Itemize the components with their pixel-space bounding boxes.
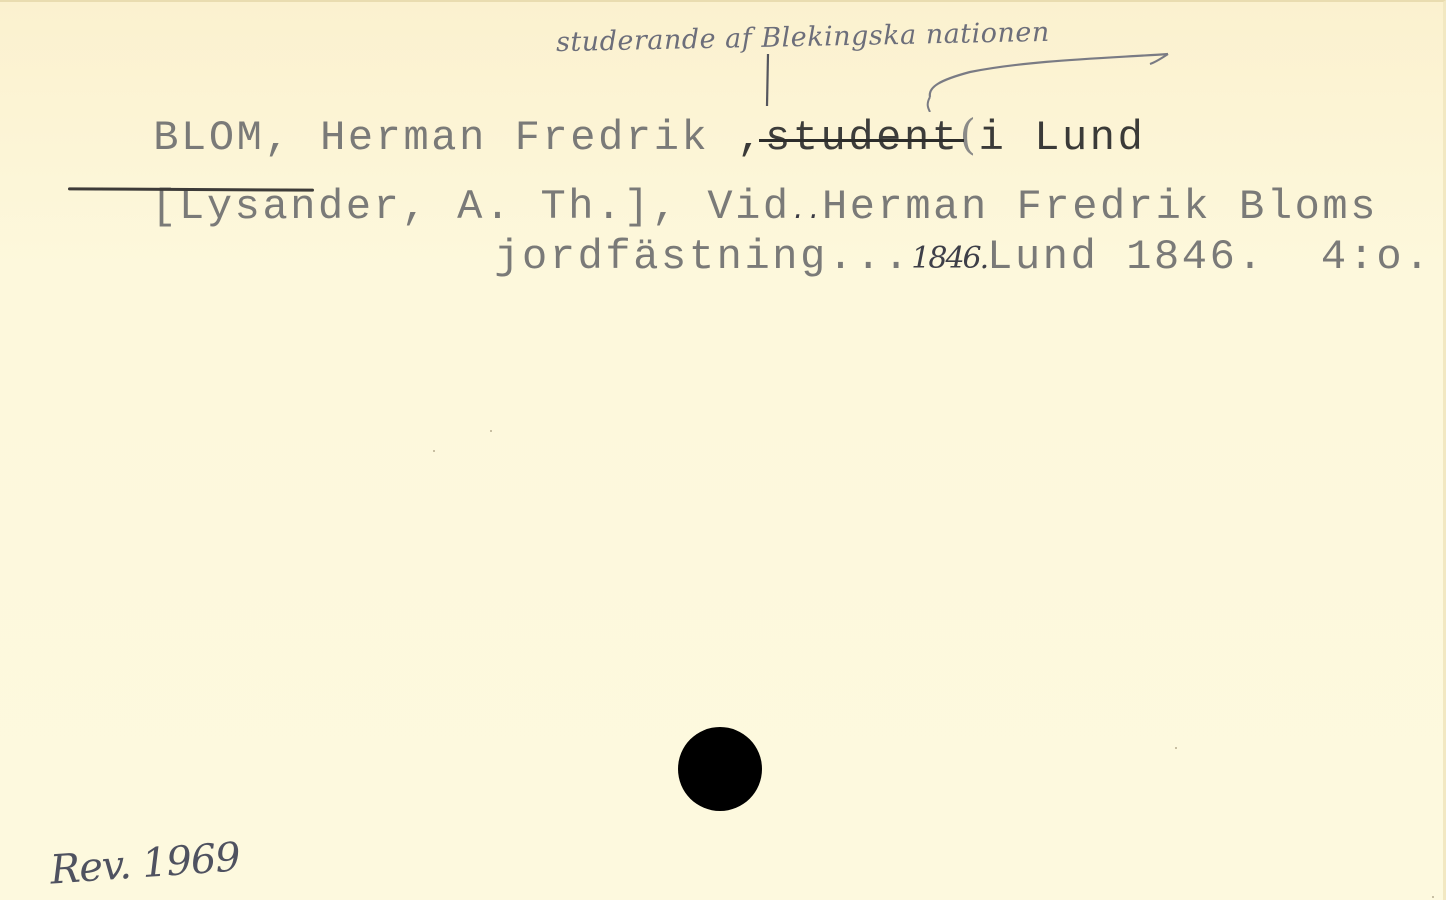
handwritten-year: 1846.: [911, 241, 987, 276]
entry-line-2: jordfästning...1846.Lund 1846. 4:o.: [383, 194, 1432, 320]
paper-speck: [490, 430, 492, 432]
paper-speck: [1175, 747, 1177, 749]
paper-speck: [1432, 896, 1434, 898]
punch-hole: [678, 727, 762, 811]
revision-note: Rev. 1969: [49, 837, 241, 890]
paper-speck: [433, 450, 435, 452]
catalog-card: studerande af Blekingska nationen BLOM, …: [0, 0, 1446, 900]
entry-title-line2: jordfästning...: [494, 233, 911, 281]
entry-imprint: Lund 1846. 4:o.: [987, 233, 1432, 281]
